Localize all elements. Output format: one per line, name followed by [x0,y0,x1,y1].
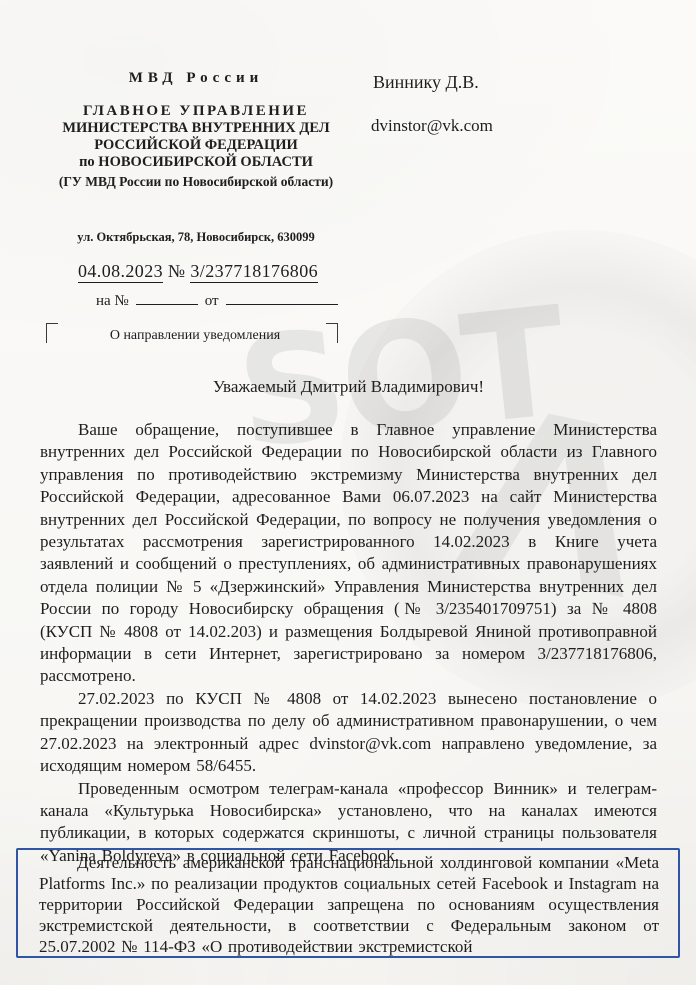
body-paragraph-4-boxed: Деятельность американской транснациональ… [39,852,659,957]
body-paragraph-2: 27.02.2023 по КУСП № 4808 от 14.02.2023 … [40,688,657,778]
number-sign: № [168,261,186,281]
reply-date-blank [226,291,338,305]
corner-mark-right [326,323,338,343]
outgoing-date: 04.08.2023 [78,261,163,283]
recipient-name: Виннику Д.В. [373,72,479,93]
org-name-line: (ГУ МВД России по Новосибирской области) [28,173,364,190]
document-page: SOT Λ МВД России ГЛАВНОЕ УПРАВЛЕНИЕ МИНИ… [0,0,696,985]
reply-reference-line: на №от [96,291,338,310]
letter-body: Ваше обращение, поступившее в Главное уп… [40,419,657,867]
salutation: Уважаемый Дмитрий Владимирович! [40,377,657,397]
reply-number-blank [136,291,198,305]
org-name-line: МВД России [28,70,364,87]
reply-from-label: от [205,293,219,309]
recipient-email: dvinstor@vk.com [371,116,493,136]
letter-content: МВД России ГЛАВНОЕ УПРАВЛЕНИЕ МИНИСТЕРСТ… [0,0,696,985]
body-paragraph-1: Ваше обращение, поступившее в Главное уп… [40,419,657,688]
org-name-line: МИНИСТЕРСТВА ВНУТРЕННИХ ДЕЛ [28,120,364,137]
outgoing-number: 3/237718176806 [190,261,318,283]
org-name-line: РОССИЙСКОЙ ФЕДЕРАЦИИ [28,137,364,154]
sender-address: ул. Октябрьская, 78, Новосибирск, 630099 [28,230,364,245]
org-name-line: ГЛАВНОЕ УПРАВЛЕНИЕ [28,103,364,120]
org-name-line: по НОВОСИБИРСКОЙ ОБЛАСТИ [28,154,364,171]
subject-line: О направлении уведомления [70,328,320,344]
corner-mark-left [46,323,58,343]
outgoing-reference-line: 04.08.2023 № 3/237718176806 [78,261,318,282]
highlight-box: Деятельность американской транснациональ… [16,848,680,958]
reply-number-label: на № [96,293,129,309]
sender-org-block: МВД России ГЛАВНОЕ УПРАВЛЕНИЕ МИНИСТЕРСТ… [28,70,364,190]
